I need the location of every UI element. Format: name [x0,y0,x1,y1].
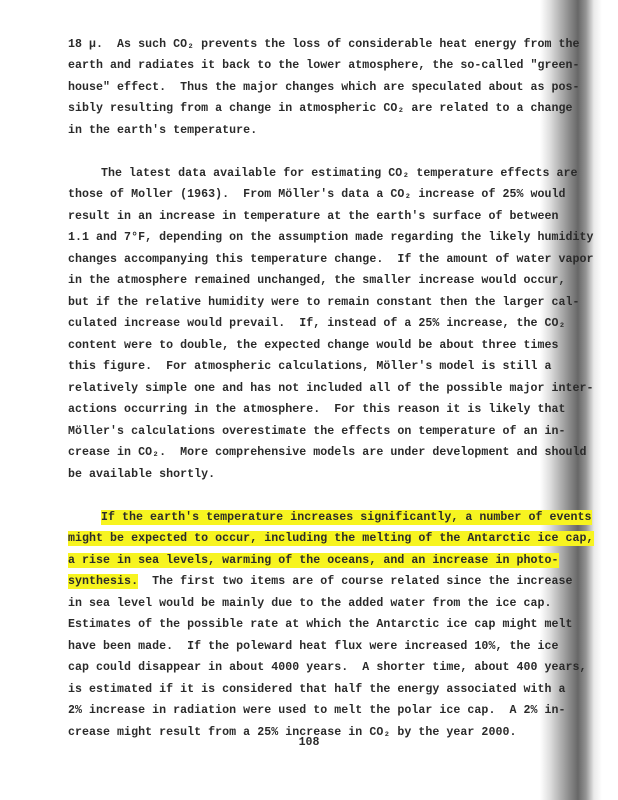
text-line: in sea level would be mainly due to the … [68,593,548,615]
highlighted-line: might be expected to occur, including th… [68,528,548,550]
text-line: Estimates of the possible rate at which … [68,614,548,636]
text-line: 2% increase in radiation were used to me… [68,700,548,722]
text-line: culated increase would prevail. If, inst… [68,313,548,335]
highlight: might be expected to occur, including th… [68,531,594,546]
text-line: this figure. For atmospheric calculation… [68,356,548,378]
text-line: but if the relative humidity were to rem… [68,292,548,314]
document-page: 18 µ. As such CO₂ prevents the loss of c… [68,12,548,743]
paragraph-2: The latest data available for estimating… [68,163,548,486]
text-line: content were to double, the expected cha… [68,335,548,357]
text-line: The latest data available for estimating… [68,163,548,185]
text-line: 1.1 and 7°F, depending on the assumption… [68,227,548,249]
paragraph-1: 18 µ. As such CO₂ prevents the loss of c… [68,34,548,142]
text-line: 18 µ. As such CO₂ prevents the loss of c… [68,34,548,56]
highlight: a rise in sea levels, warming of the oce… [68,553,559,568]
highlight: If the earth's temperature increases sig… [101,510,592,525]
text-line: in the earth's temperature. [68,120,548,142]
text-line: in the atmosphere remained unchanged, th… [68,270,548,292]
text-line: crease in CO₂. More comprehensive models… [68,442,548,464]
text-line: result in an increase in temperature at … [68,206,548,228]
text-line: have been made. If the poleward heat flu… [68,636,548,658]
text-line: be available shortly. [68,464,548,486]
text-line: sibly resulting from a change in atmosph… [68,98,548,120]
highlight: synthesis. [68,574,138,589]
text-line: house" effect. Thus the major changes wh… [68,77,548,99]
text-line: those of Moller (1963). From Möller's da… [68,184,548,206]
text-line: is estimated if it is considered that ha… [68,679,548,701]
text-segment: The first two items are of course relate… [138,575,572,588]
text-line: cap could disappear in about 4000 years.… [68,657,548,679]
text-line: actions occurring in the atmosphere. For… [68,399,548,421]
paragraph-3: If the earth's temperature increases sig… [68,507,548,744]
highlighted-line: a rise in sea levels, warming of the oce… [68,550,548,572]
text-line: changes accompanying this temperature ch… [68,249,548,271]
highlighted-line: synthesis. The first two items are of co… [68,571,548,593]
highlighted-line: If the earth's temperature increases sig… [68,507,548,529]
text-line: relatively simple one and has not includ… [68,378,548,400]
scan-edge-shadow [540,0,618,800]
page-number: 108 [0,736,618,749]
text-line: earth and radiates it back to the lower … [68,55,548,77]
text-line: Möller's calculations overestimate the e… [68,421,548,443]
